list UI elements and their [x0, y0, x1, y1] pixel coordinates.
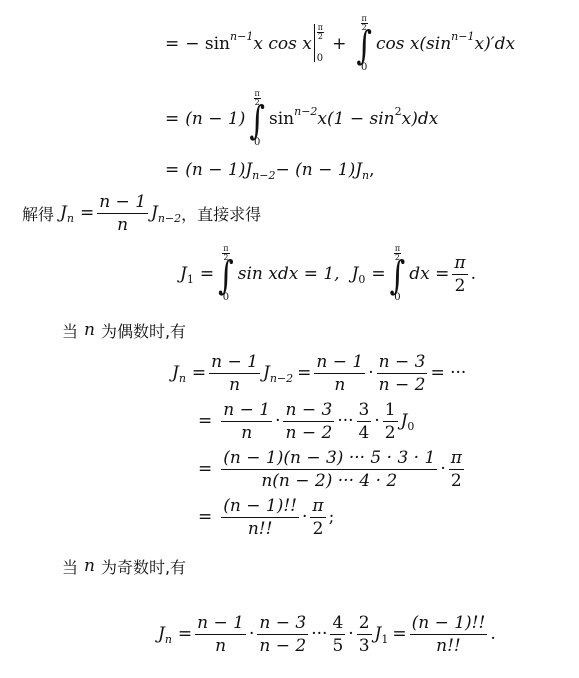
- ellipsis: ···: [311, 624, 327, 644]
- term: x cos x: [253, 34, 311, 54]
- fraction: n − 1n: [195, 614, 246, 655]
- variable: J: [263, 363, 270, 383]
- equals-sign: =: [178, 624, 192, 644]
- exponent: n−2: [294, 105, 317, 118]
- numerator: n − 3: [283, 401, 334, 422]
- subscript: n−2: [158, 212, 181, 225]
- integral-sign: π2∫0: [249, 90, 265, 149]
- equals-sign: =: [165, 34, 179, 54]
- fraction: (n − 1)!!n!!: [221, 497, 299, 538]
- variable: J: [375, 624, 382, 644]
- denominator: n − 2: [283, 422, 334, 442]
- equals-sign: =: [371, 264, 385, 284]
- fraction: π2: [310, 497, 325, 538]
- text-label: 为奇数时,有: [101, 555, 186, 578]
- integral-icon: ∫: [356, 27, 372, 66]
- even-line-4: = (n − 1)!!n!! · π2 ;: [198, 494, 334, 540]
- equals-sign: =: [165, 109, 179, 129]
- term: dx =: [409, 264, 449, 284]
- term: x)dx: [402, 109, 439, 129]
- denominator: 2: [311, 518, 326, 538]
- text-label: 解得: [22, 202, 54, 225]
- denominator: n: [213, 635, 228, 655]
- text-label: 当: [62, 555, 78, 578]
- variable: n: [84, 556, 95, 576]
- equation-line-2: = (n − 1) π2∫0 sinn−2 x(1 − sin2 x)dx: [165, 85, 438, 153]
- evaluation-bar: π20: [314, 24, 324, 64]
- equals-sign: =: [297, 363, 311, 383]
- punctuation: ;: [329, 507, 335, 527]
- fraction: n − 3n − 2: [377, 353, 428, 394]
- subscript: 1: [381, 633, 388, 646]
- fraction: n − 3n − 2: [257, 614, 308, 655]
- numerator: (n − 1)!!: [221, 497, 299, 518]
- punctuation: .: [471, 264, 476, 284]
- denominator: n: [115, 214, 130, 234]
- fraction: 45: [330, 614, 345, 655]
- solve-line: 解得 Jn = n − 1n Jn−2 ，直接求得: [22, 190, 261, 236]
- variable: J: [352, 264, 359, 284]
- ellipsis: = ···: [430, 363, 466, 383]
- ellipsis: ···: [337, 411, 353, 431]
- equals-sign: =: [200, 264, 214, 284]
- subscript: 0: [358, 273, 365, 286]
- variable: J: [158, 624, 165, 644]
- equals-sign: =: [198, 411, 212, 431]
- equals-sign: =: [165, 160, 179, 180]
- fraction: (n − 1)(n − 3) ··· 5 · 3 · 1n(n − 2) ···…: [221, 449, 437, 490]
- variable: J: [151, 203, 158, 223]
- fraction: n − 1n: [314, 353, 365, 394]
- fraction: (n − 1)!!n!!: [410, 614, 488, 655]
- numerator: (n − 1)!!: [410, 614, 488, 635]
- dot-operator: ·: [249, 624, 254, 644]
- dot-operator: ·: [368, 363, 373, 383]
- fraction: n − 1n: [209, 353, 260, 394]
- odd-case-intro: 当 n 为奇数时,有: [62, 554, 186, 578]
- variable: J: [60, 203, 67, 223]
- term: cos x(sin: [376, 34, 451, 54]
- text-label: 为偶数时,有: [101, 319, 186, 342]
- numerator: 4: [330, 614, 345, 635]
- punctuation: ,: [369, 160, 374, 180]
- denominator: n(n − 2) ··· 4 · 2: [259, 470, 399, 490]
- numerator: 2: [357, 614, 372, 635]
- equals-sign: =: [198, 459, 212, 479]
- denominator: 4: [357, 422, 372, 442]
- base-cases-line: J1 = π2∫0 sin xdx = 1, J0 = π2∫0 dx = π2…: [180, 238, 476, 310]
- integral-sign: π2∫0: [390, 245, 406, 304]
- fraction: n − 1n: [97, 193, 148, 234]
- denominator: n: [227, 374, 242, 394]
- denominator: 2: [453, 275, 468, 295]
- subscript: n: [165, 633, 172, 646]
- equals-sign: =: [80, 203, 94, 223]
- numerator: 3: [357, 401, 372, 422]
- denominator: n − 2: [377, 374, 428, 394]
- odd-line-1: Jn = n − 1n · n − 3n − 2 ··· 45 · 23 J1 …: [158, 610, 496, 658]
- term: sin: [269, 109, 294, 129]
- variable: J: [172, 363, 179, 383]
- lower-limit: 0: [317, 53, 324, 64]
- subscript: n: [67, 212, 74, 225]
- text-label: 当: [62, 319, 78, 342]
- denominator: 2: [383, 422, 398, 442]
- dot-operator: ·: [302, 507, 307, 527]
- numerator: π: [452, 254, 467, 275]
- text-label: ，直接求得: [181, 202, 261, 225]
- fraction: n − 1n: [221, 401, 272, 442]
- plus-sign: +: [332, 34, 346, 54]
- dot-operator: ·: [275, 411, 280, 431]
- exponent: 2: [395, 105, 402, 118]
- dot-operator: ·: [374, 411, 379, 431]
- numerator: n − 3: [377, 353, 428, 374]
- subscript: 1: [187, 273, 194, 286]
- numerator: n − 3: [257, 614, 308, 635]
- term: − (n − 1)J: [275, 160, 362, 180]
- integral-sign: π2∫0: [356, 15, 372, 74]
- fraction: 12: [383, 401, 398, 442]
- integral-sign: π2∫0: [218, 245, 234, 304]
- denominator: n!!: [434, 635, 463, 655]
- term: x)′dx: [474, 34, 515, 54]
- numerator: 1: [383, 401, 398, 422]
- numerator: n − 1: [221, 401, 272, 422]
- variable: J: [401, 411, 408, 431]
- numerator: n − 1: [314, 353, 365, 374]
- subscript: n−2: [252, 169, 275, 182]
- even-line-3: = (n − 1)(n − 3) ··· 5 · 3 · 1n(n − 2) ·…: [198, 446, 467, 492]
- exponent: n−1: [230, 30, 253, 43]
- denominator: 5: [330, 635, 345, 655]
- variable: J: [180, 264, 187, 284]
- fraction: π2: [449, 449, 464, 490]
- denominator: 2: [449, 470, 464, 490]
- fraction: 23: [357, 614, 372, 655]
- denominator: n − 2: [257, 635, 308, 655]
- integral-icon: ∫: [218, 257, 234, 296]
- fraction: π2: [452, 254, 467, 295]
- even-case-intro: 当 n 为偶数时,有: [62, 318, 186, 342]
- upper-limit-den: 2: [318, 33, 323, 41]
- dot-operator: ·: [348, 624, 353, 644]
- integral-icon: ∫: [249, 102, 265, 141]
- term: (n − 1): [185, 109, 245, 129]
- subscript: 0: [407, 420, 414, 433]
- term: sin xdx = 1,: [238, 264, 340, 284]
- integral-icon: ∫: [390, 257, 406, 296]
- even-line-1: Jn = n − 1n Jn−2 = n − 1n · n − 3n − 2 =…: [172, 350, 466, 396]
- numerator: n − 1: [195, 614, 246, 635]
- subscript: n: [362, 169, 369, 182]
- denominator: 3: [357, 635, 372, 655]
- term: − sin: [185, 34, 230, 54]
- numerator: π: [449, 449, 464, 470]
- numerator: n − 1: [209, 353, 260, 374]
- denominator: n: [239, 422, 254, 442]
- denominator: n: [332, 374, 347, 394]
- term: x(1 − sin: [317, 109, 394, 129]
- equals-sign: =: [198, 507, 212, 527]
- variable: n: [84, 320, 95, 340]
- equals-sign: =: [392, 624, 406, 644]
- dot-operator: ·: [440, 459, 445, 479]
- term: (n − 1)J: [185, 160, 252, 180]
- exponent: n−1: [451, 30, 474, 43]
- subscript: n: [179, 372, 186, 385]
- numerator: π: [310, 497, 325, 518]
- equation-line-1: = − sinn−1 x cos x π20 + π2∫0 cos x(sinn…: [165, 8, 515, 80]
- punctuation: .: [490, 624, 495, 644]
- equation-line-3: = (n − 1)Jn−2 − (n − 1)Jn ,: [165, 156, 375, 184]
- numerator: (n − 1)(n − 3) ··· 5 · 3 · 1: [221, 449, 437, 470]
- equals-sign: =: [192, 363, 206, 383]
- even-line-2: = n − 1n · n − 3n − 2 ··· 34 · 12 J0: [198, 398, 414, 444]
- fraction: n − 3n − 2: [283, 401, 334, 442]
- subscript: n−2: [270, 372, 293, 385]
- numerator: n − 1: [97, 193, 148, 214]
- fraction: 34: [357, 401, 372, 442]
- denominator: n!!: [246, 518, 275, 538]
